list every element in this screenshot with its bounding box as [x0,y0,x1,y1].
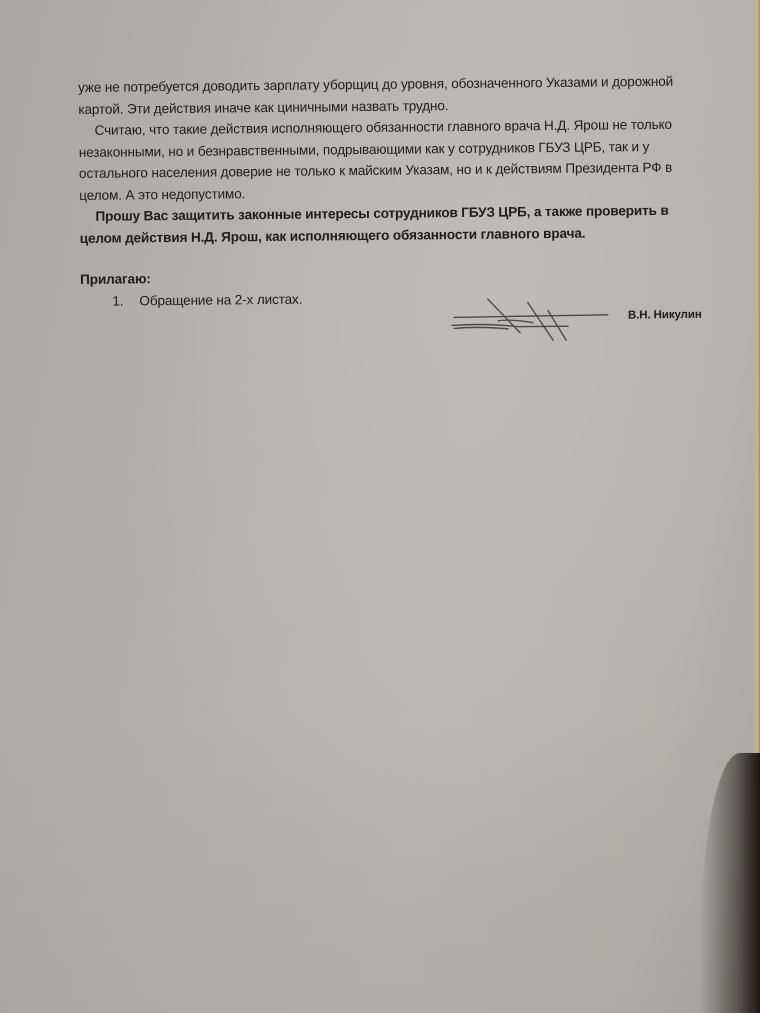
letter-body: уже не потребуется доводить зарплату убо… [78,70,710,312]
paragraph-request: Прошу Вас защитить законные интересы сот… [79,199,709,249]
page-corner-shadow [700,753,760,1013]
paper-edge [752,0,760,1013]
attachment-number: 1. [112,290,139,312]
attachment-text: Обращение на 2-х листах. [139,291,302,308]
paragraph-opinion: Считаю, что такие действия исполняющего … [78,113,709,206]
paragraph-continuation: уже не потребуется доводить зарплату убо… [78,70,708,120]
handwritten-signature-icon [448,290,619,352]
signer-name: В.Н. Никулин [628,309,702,322]
signature-block: В.Н. Никулин [448,289,729,352]
